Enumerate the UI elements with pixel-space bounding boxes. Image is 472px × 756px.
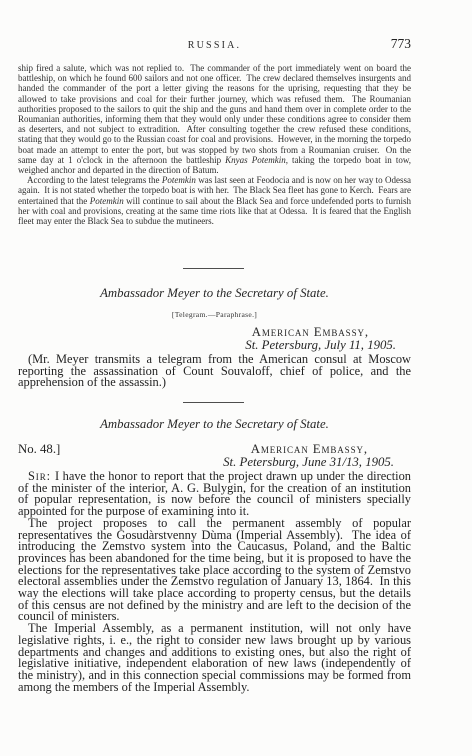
- letter-meta-row: No. 48.] American Embassy,: [18, 443, 411, 456]
- letter-body-paragraph: (Mr. Meyer transmits a telegram from the…: [18, 354, 411, 389]
- letter-body: (Mr. Meyer transmits a telegram from the…: [18, 354, 411, 389]
- paragraph-text: I have the honor to report that the proj…: [18, 469, 411, 518]
- letter-body-paragraph-3: The Imperial Assembly, as a permanent in…: [18, 623, 411, 693]
- letter-dispatch: Ambassador Meyer to the Secretary of Sta…: [18, 417, 411, 693]
- dateline: St. Petersburg, June 31/13, 1905.: [18, 456, 411, 469]
- letter-heading: Ambassador Meyer to the Secretary of Sta…: [18, 286, 411, 301]
- continuation-paragraph-1: ship fired a salute, which was not repli…: [18, 63, 411, 175]
- continuation-text-block: ship fired a salute, which was not repli…: [18, 63, 411, 226]
- section-divider: [183, 402, 244, 403]
- section-divider: [183, 268, 244, 269]
- dateline: St. Petersburg, July 11, 1905.: [18, 339, 411, 352]
- letter-heading: Ambassador Meyer to the Secretary of Sta…: [18, 417, 411, 432]
- continuation-paragraph-2: According to the latest telegrams the Po…: [18, 175, 411, 226]
- telegram-note: [Telegram.—Paraphrase.]: [18, 310, 411, 320]
- book-page: RUSSIA. 773 ship fired a salute, which w…: [0, 0, 472, 756]
- dateline-block: American Embassy, St. Petersburg, July 1…: [18, 326, 411, 352]
- page-number: 773: [391, 36, 411, 52]
- embassy-name: American Embassy,: [18, 443, 411, 456]
- letter-body: Sir:I have the honor to report that the …: [18, 471, 411, 693]
- document-number: No. 48.]: [18, 443, 60, 456]
- letter-telegram: Ambassador Meyer to the Secretary of Sta…: [18, 286, 411, 389]
- running-header: RUSSIA. 773: [18, 36, 411, 54]
- letter-body-paragraph-1: Sir:I have the honor to report that the …: [18, 471, 411, 518]
- letter-body-paragraph-2: The project proposes to call the permane…: [18, 518, 411, 623]
- page-header-title: RUSSIA.: [18, 40, 411, 51]
